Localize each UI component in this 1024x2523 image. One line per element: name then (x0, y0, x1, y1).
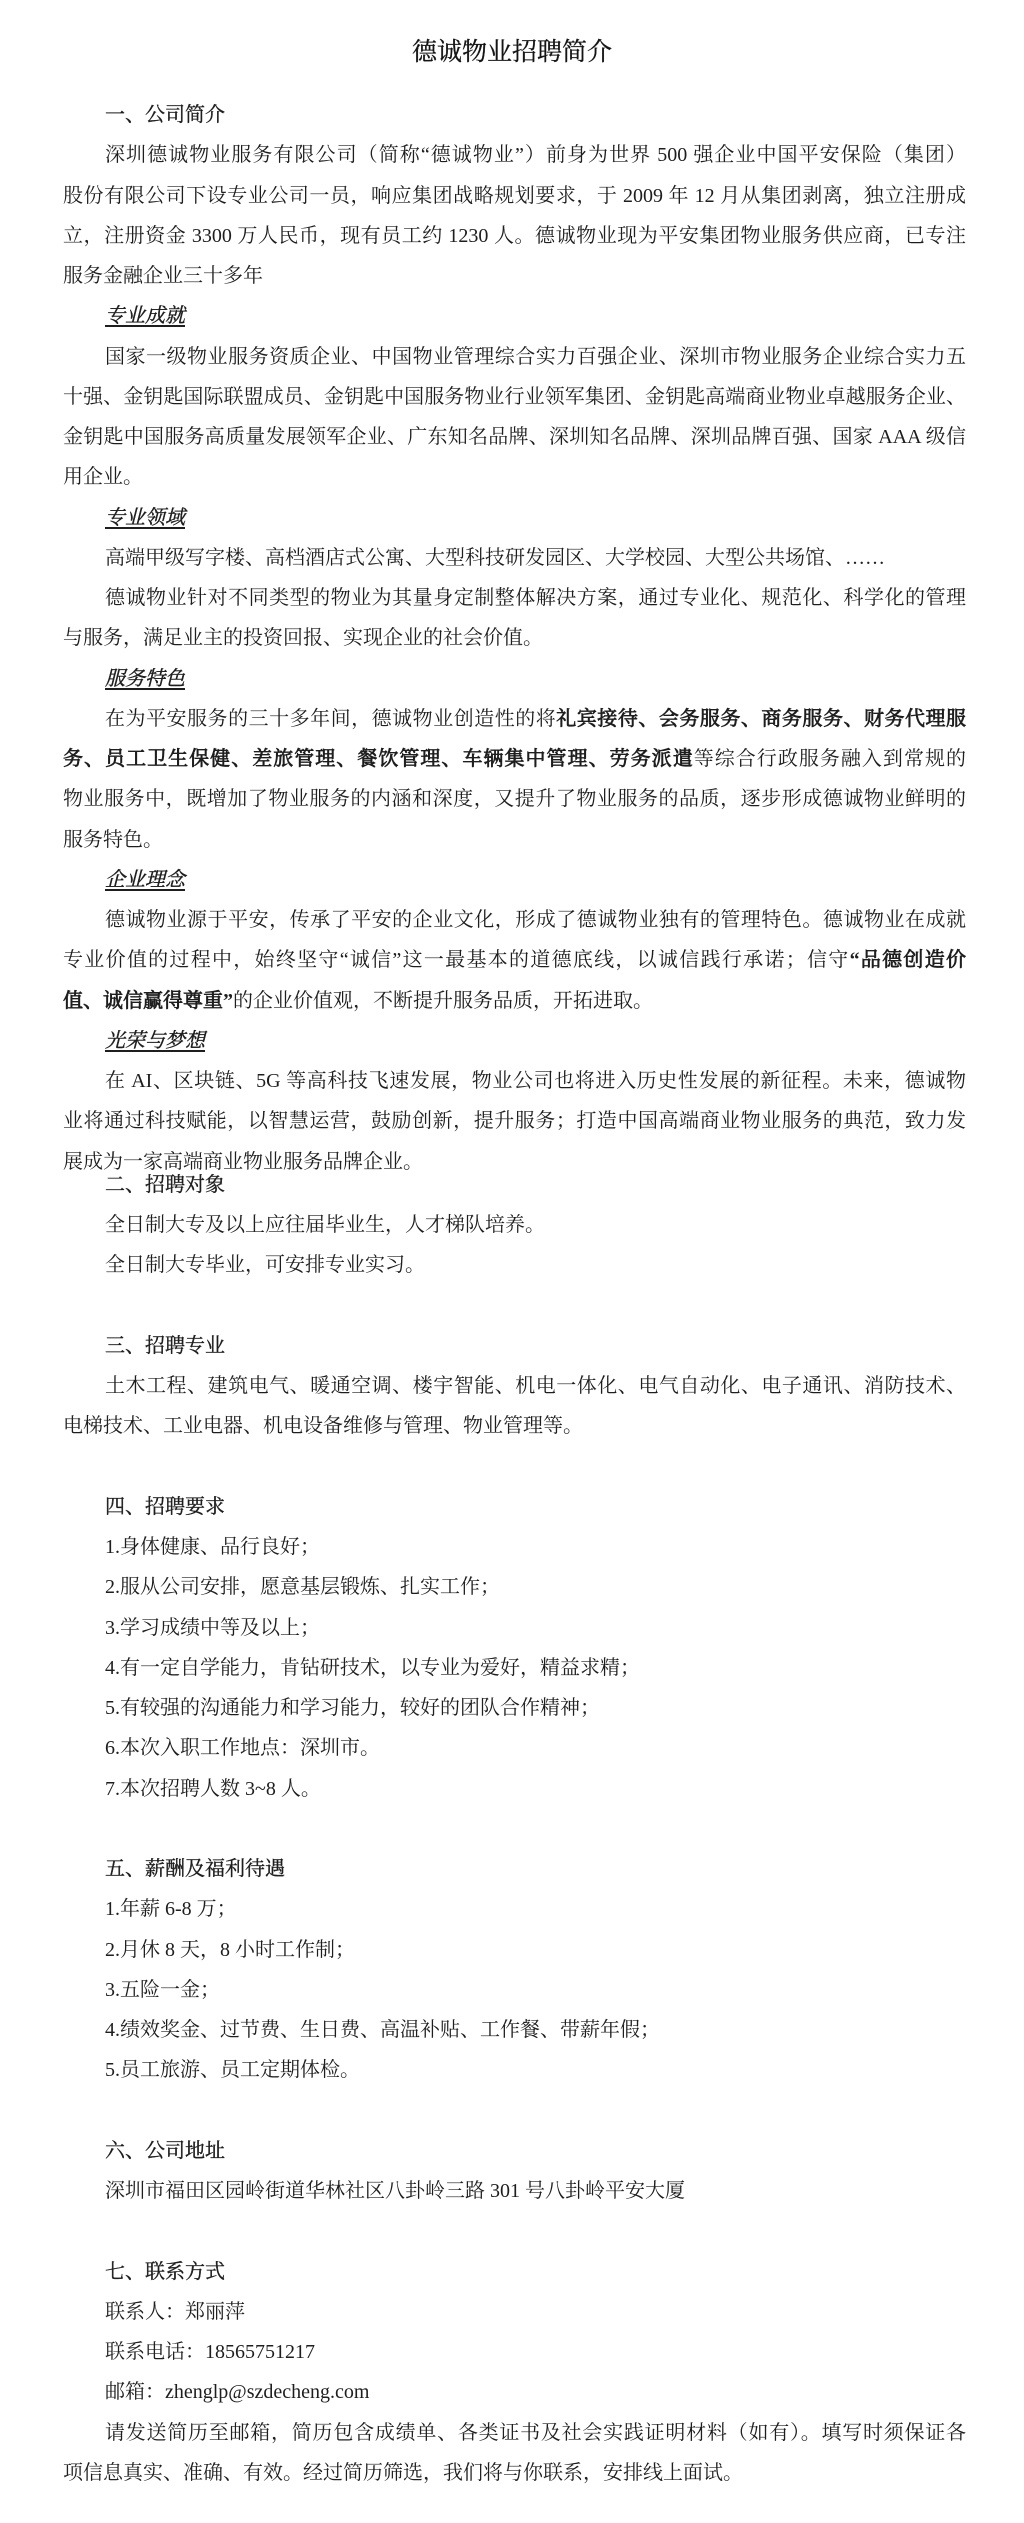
text-line: 电梯技术、工业电器、机电设备维修与管理、物业管理等。 (63, 1406, 966, 1446)
contact-email-label: 邮箱： (105, 2381, 165, 2403)
text-line: 德诚物业源于平安，传承了平安的企业文化，形成了德诚物业独有的管理特色。德诚物业在… (63, 900, 966, 940)
text-line: 物业服务中，既增加了物业服务的内涵和深度，又提升了物业服务的品质，逐步形成德诚物… (63, 779, 966, 819)
section-company-intro: 一、公司简介 深圳德诚物业服务有限公司（简称“德诚物业”）前身为世界 500 强… (63, 95, 966, 1182)
list-item: 4.绩效奖金、过节费、生日费、高温补贴、工作餐、带薪年假； (63, 2010, 966, 2050)
text-bold: 务、员工卫生保健、差旅管理、餐饮管理、车辆集中管理、劳务派遣 (63, 748, 694, 770)
list-item: 全日制大专毕业，可安排专业实习。 (63, 1245, 966, 1285)
text-line: 国家一级物业服务资质企业、中国物业管理综合实力百强企业、深圳市物业服务企业综合实… (63, 337, 966, 377)
list-item: 1.年薪 6-8 万； (63, 1889, 966, 1929)
subsection-heading-service-features: 服务特色 (63, 659, 966, 699)
text-bold: 礼宾接待、会务服务、商务服务、财务代理服 (556, 708, 966, 730)
contact-person: 联系人：郑丽萍 (63, 2292, 966, 2332)
text-line: 高端甲级写字楼、高档酒店式公寓、大型科技研发园区、大学校园、大型公共场馆、…… (63, 538, 966, 578)
text-line: 股份有限公司下设专业公司一员，响应集团战略规划要求，于 2009 年 12 月从… (63, 176, 966, 216)
document-title: 德诚物业招聘简介 (0, 33, 1024, 73)
service-areas-paragraph: 德诚物业针对不同类型的物业为其量身定制整体解决方案，通过专业化、规范化、科学化的… (63, 578, 966, 659)
blank-line (63, 1809, 966, 1849)
vision-paragraph: 在 AI、区块链、5G 等高科技飞速发展，物业公司也将进入历史性发展的新征程。未… (63, 1061, 966, 1182)
section-heading: 七、联系方式 (63, 2252, 966, 2292)
subsection-heading-vision: 光荣与梦想 (63, 1021, 966, 1061)
text-line: 在 AI、区块链、5G 等高科技飞速发展，物业公司也将进入历史性发展的新征程。未… (63, 1061, 966, 1101)
contact-person-label: 联系人： (105, 2301, 185, 2323)
text-bold: “品德创造价 (850, 949, 966, 971)
list-item: 2.服从公司安排，愿意基层锻炼、扎实工作； (63, 1567, 966, 1607)
application-note: 请发送简历至邮箱，简历包含成绩单、各类证书及社会实践证明材料（如有）。填写时须保… (63, 2413, 966, 2494)
text-line: 业将通过科技赋能，以智慧运营，鼓励创新，提升服务；打造中国高端商业物业服务的典范… (63, 1101, 966, 1141)
list-item: 4.有一定自学能力，肯钻研技术，以专业为爱好，精益求精； (63, 1648, 966, 1688)
text-normal: 的企业价值观，不断提升服务品质，开拓进取。 (233, 990, 653, 1012)
text-line: 值、诚信赢得尊重”的企业价值观，不断提升服务品质，开拓进取。 (63, 981, 966, 1021)
blank-line (63, 2091, 966, 2131)
section-requirements: 四、招聘要求 1.身体健康、品行良好； 2.服从公司安排，愿意基层锻炼、扎实工作… (63, 1487, 966, 1809)
section-recruitment-targets: 二、招聘对象 全日制大专及以上应往届毕业生，人才梯队培养。 全日制大专毕业，可安… (63, 1165, 966, 1286)
achievements-paragraph: 国家一级物业服务资质企业、中国物业管理综合实力百强企业、深圳市物业服务企业综合实… (63, 337, 966, 498)
section-heading: 一、公司简介 (63, 95, 966, 135)
list-item: 全日制大专及以上应往届毕业生，人才梯队培养。 (63, 1205, 966, 1245)
text-line: 项信息真实、准确、有效。经过简历筛选，我们将与你联系，安排线上面试。 (63, 2453, 966, 2493)
text-line: 深圳德诚物业服务有限公司（简称“德诚物业”）前身为世界 500 强企业中国平安保… (63, 135, 966, 175)
text-line: 金钥匙中国服务高质量发展领军企业、广东知名品牌、深圳知名品牌、深圳品牌百强、国家… (63, 417, 966, 457)
section-heading: 六、公司地址 (63, 2131, 966, 2171)
blank-line (63, 1286, 966, 1326)
section-compensation: 五、薪酬及福利待遇 1.年薪 6-8 万； 2.月休 8 天，8 小时工作制； … (63, 1849, 966, 2091)
text-line: 德诚物业针对不同类型的物业为其量身定制整体解决方案，通过专业化、规范化、科学化的… (63, 578, 966, 618)
section-majors: 三、招聘专业 土木工程、建筑电气、暖通空调、楼宇智能、机电一体化、电气自动化、电… (63, 1326, 966, 1447)
subsection-heading-text: 光荣与梦想 (105, 1030, 205, 1052)
philosophy-paragraph: 德诚物业源于平安，传承了平安的企业文化，形成了德诚物业独有的管理特色。德诚物业在… (63, 900, 966, 1021)
text-line: 十强、金钥匙国际联盟成员、金钥匙中国服务物业行业领军集团、金钥匙高端商业物业卓越… (63, 377, 966, 417)
list-item: 2.月休 8 天，8 小时工作制； (63, 1930, 966, 1970)
text-line: 请发送简历至邮箱，简历包含成绩单、各类证书及社会实践证明材料（如有）。填写时须保… (63, 2413, 966, 2453)
company-address: 深圳市福田区园岭街道华林社区八卦岭三路 301 号八卦岭平安大厦 (63, 2171, 966, 2211)
subsection-heading-text: 服务特色 (105, 668, 185, 690)
list-item: 1.身体健康、品行良好； (63, 1527, 966, 1567)
section-contact: 七、联系方式 联系人：郑丽萍 联系电话：18565751217 邮箱：zheng… (63, 2252, 966, 2494)
document-body: 一、公司简介 深圳德诚物业服务有限公司（简称“德诚物业”）前身为世界 500 强… (63, 95, 966, 2493)
list-item: 3.学习成绩中等及以上； (63, 1608, 966, 1648)
document-page: 德诚物业招聘简介 一、公司简介 深圳德诚物业服务有限公司（简称“德诚物业”）前身… (0, 0, 1024, 2523)
contact-email-value: zhenglp@szdecheng.com (165, 2381, 369, 2403)
text-line: 服务金融企业三十多年 (63, 256, 966, 296)
service-features-paragraph: 在为平安服务的三十多年间，德诚物业创造性的将礼宾接待、会务服务、商务服务、财务代… (63, 699, 966, 860)
text-line: 务、员工卫生保健、差旅管理、餐饮管理、车辆集中管理、劳务派遣等综合行政服务融入到… (63, 739, 966, 779)
text-line: 专业价值的过程中，始终坚守“诚信”这一最基本的道德底线，以诚信践行承诺；信守“品… (63, 940, 966, 980)
contact-phone-value: 18565751217 (205, 2341, 315, 2363)
text-line: 服务特色。 (63, 820, 966, 860)
section-heading: 五、薪酬及福利待遇 (63, 1849, 966, 1889)
company-intro-paragraph: 深圳德诚物业服务有限公司（简称“德诚物业”）前身为世界 500 强企业中国平安保… (63, 135, 966, 296)
list-item: 7.本次招聘人数 3~8 人。 (63, 1769, 966, 1809)
list-item: 5.员工旅游、员工定期体检。 (63, 2050, 966, 2090)
section-heading: 二、招聘对象 (63, 1165, 966, 1205)
subsection-heading-service-areas: 专业领域 (63, 498, 966, 538)
section-heading: 三、招聘专业 (63, 1326, 966, 1366)
text-normal: 在为平安服务的三十多年间，德诚物业创造性的将 (105, 708, 556, 730)
blank-line (63, 2211, 966, 2251)
subsection-heading-text: 专业成就 (105, 305, 185, 327)
text-bold: 值、诚信赢得尊重” (63, 990, 233, 1012)
text-line: 土木工程、建筑电气、暖通空调、楼宇智能、机电一体化、电气自动化、电子通讯、消防技… (63, 1366, 966, 1406)
text-normal: 专业价值的过程中，始终坚守“诚信”这一最基本的道德底线，以诚信践行承诺；信守 (63, 949, 850, 971)
section-heading: 四、招聘要求 (63, 1487, 966, 1527)
contact-person-value: 郑丽萍 (185, 2301, 245, 2323)
section-address: 六、公司地址 深圳市福田区园岭街道华林社区八卦岭三路 301 号八卦岭平安大厦 (63, 2131, 966, 2212)
subsection-heading-text: 专业领域 (105, 507, 185, 529)
subsection-heading-text: 企业理念 (105, 869, 185, 891)
text-line: 在为平安服务的三十多年间，德诚物业创造性的将礼宾接待、会务服务、商务服务、财务代… (63, 699, 966, 739)
contact-phone-label: 联系电话： (105, 2341, 205, 2363)
text-line: 立，注册资金 3300 万人民币，现有员工约 1230 人。德诚物业现为平安集团… (63, 216, 966, 256)
list-item: 5.有较强的沟通能力和学习能力，较好的团队合作精神； (63, 1688, 966, 1728)
text-line: 与服务，满足业主的投资回报、实现企业的社会价值。 (63, 618, 966, 658)
text-normal: 等综合行政服务融入到常规的 (694, 748, 966, 770)
list-item: 6.本次入职工作地点：深圳市。 (63, 1728, 966, 1768)
subsection-heading-philosophy: 企业理念 (63, 860, 966, 900)
list-item: 3.五险一金； (63, 1970, 966, 2010)
text-line: 用企业。 (63, 457, 966, 497)
blank-line (63, 1447, 966, 1487)
contact-phone: 联系电话：18565751217 (63, 2332, 966, 2372)
contact-email: 邮箱：zhenglp@szdecheng.com (63, 2372, 966, 2412)
subsection-heading-achievements: 专业成就 (63, 296, 966, 336)
